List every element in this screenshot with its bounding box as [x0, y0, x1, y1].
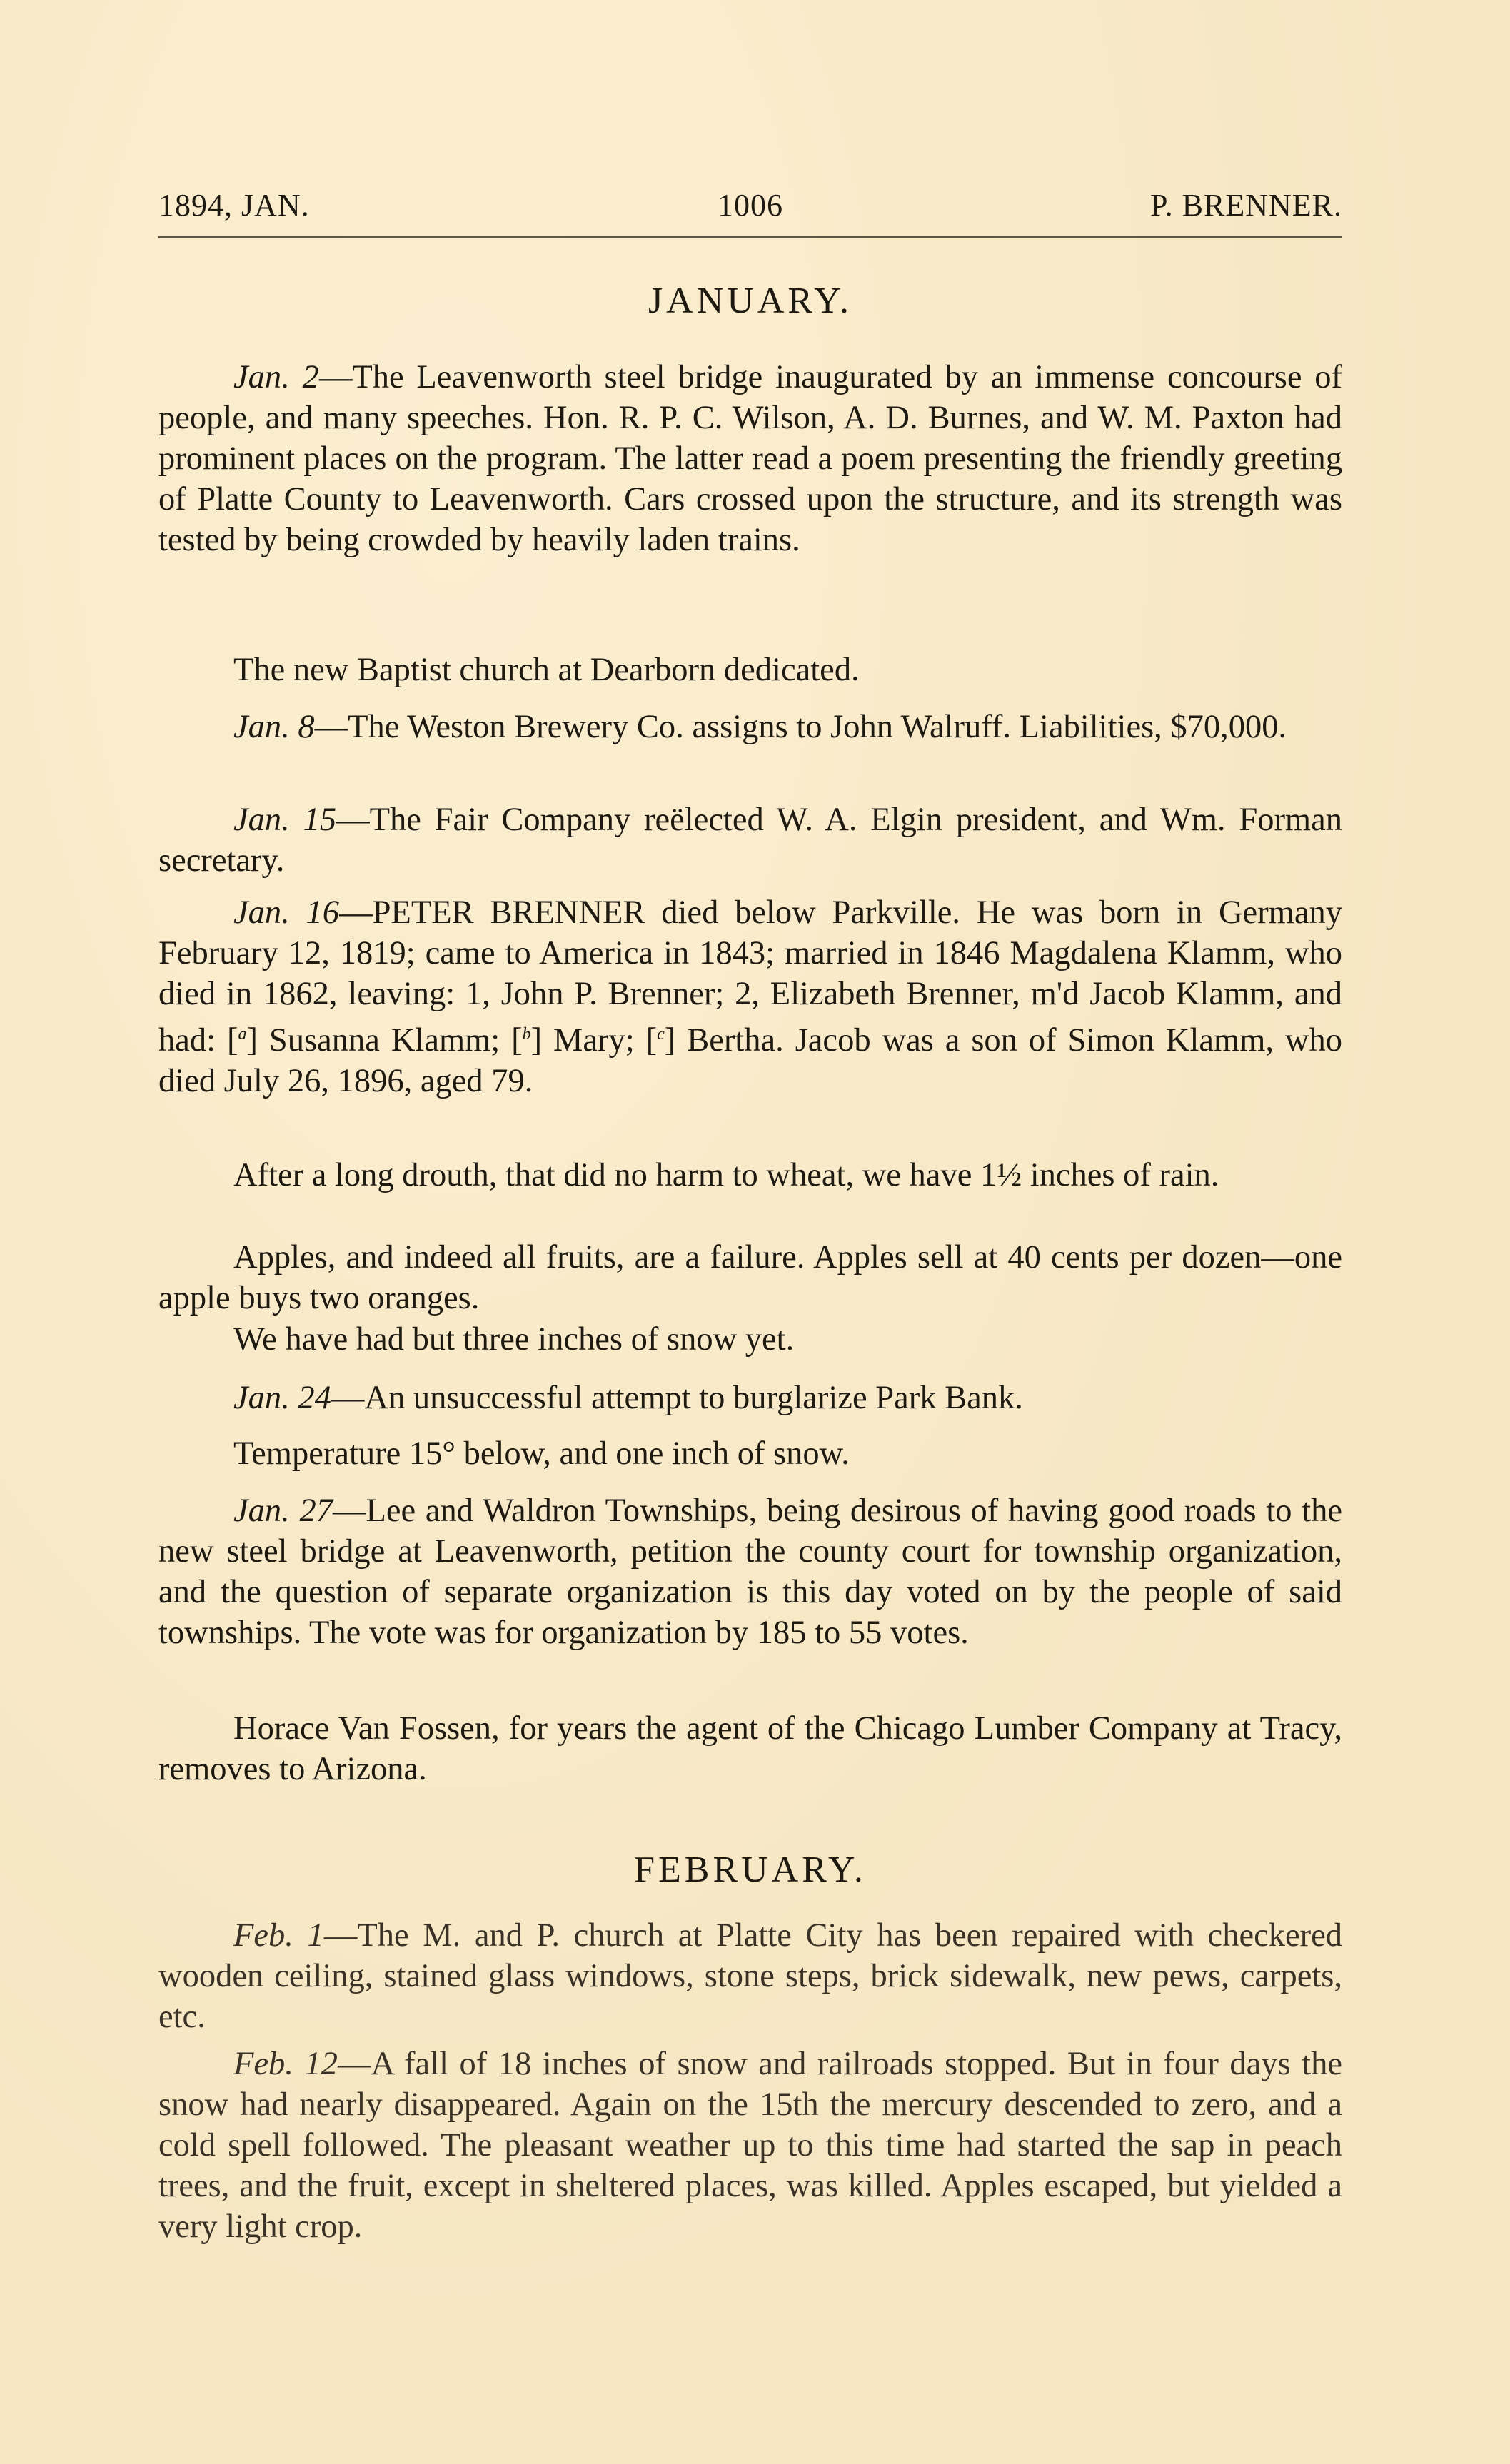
- running-head-author: P. BRENNER.: [1150, 187, 1342, 223]
- entry-jan-2: Jan. 2—The Leavenworth steel bridge inau…: [158, 357, 1342, 560]
- entry-jan-8: Jan. 8—The Weston Brewery Co. assigns to…: [158, 707, 1342, 747]
- entry-text: —The Leavenworth steel bridge inaugurate…: [158, 359, 1342, 558]
- entry-text: Temperature 15° below, and one inch of s…: [233, 1435, 850, 1472]
- entry-baptist-church: The new Baptist church at Dearborn dedic…: [158, 650, 1342, 690]
- entry-text: —Lee and Waldron Townships, being desiro…: [158, 1493, 1342, 1651]
- entry-date: Feb. 1: [233, 1917, 324, 1954]
- entry-text: ] Susanna Klamm; [: [246, 1022, 522, 1059]
- footnote-marker: a: [238, 1025, 246, 1044]
- month-heading-january: JANUARY.: [158, 280, 1342, 322]
- entry-jan-15: Jan. 15—The Fair Company reëlected W. A.…: [158, 799, 1342, 881]
- entry-temperature: Temperature 15° below, and one inch of s…: [158, 1433, 1342, 1474]
- entry-text: ] Mary; [: [531, 1022, 657, 1059]
- entry-text: —The Fair Company reëlected W. A. Elgin …: [158, 802, 1342, 879]
- entry-feb-1: Feb. 1—The M. and P. church at Platte Ci…: [158, 1915, 1342, 2037]
- entry-date: Feb. 12: [233, 2046, 338, 2082]
- entry-date: Jan. 2: [233, 359, 319, 395]
- entry-drouth: After a long drouth, that did no harm to…: [158, 1155, 1342, 1196]
- header-rule: [158, 236, 1342, 238]
- entry-van-fossen: Horace Van Fossen, for years the agent o…: [158, 1708, 1342, 1789]
- entry-date: Jan. 8: [233, 709, 315, 745]
- entry-text: —An unsuccessful attempt to burglarize P…: [331, 1380, 1023, 1416]
- entry-apples: Apples, and indeed all fruits, are a fai…: [158, 1237, 1342, 1318]
- entry-text: —The M. and P. church at Platte City has…: [158, 1917, 1342, 2035]
- month-heading-february: FEBRUARY.: [158, 1849, 1342, 1891]
- footnote-marker: c: [657, 1025, 665, 1044]
- entry-text: Apples, and indeed all fruits, are a fai…: [158, 1239, 1342, 1316]
- entry-date: Jan. 16: [233, 894, 339, 931]
- entry-date: Jan. 24: [233, 1380, 331, 1416]
- footnote-marker: b: [523, 1025, 531, 1044]
- entry-date: Jan. 27: [233, 1493, 333, 1529]
- entry-feb-12: Feb. 12—A fall of 18 inches of snow and …: [158, 2044, 1342, 2247]
- entry-date: Jan. 15: [233, 802, 336, 838]
- entry-jan-27: Jan. 27—Lee and Waldron Townships, being…: [158, 1490, 1342, 1653]
- entry-jan-24: Jan. 24—An unsuccessful attempt to burgl…: [158, 1378, 1342, 1418]
- entry-snow: We have had but three inches of snow yet…: [158, 1319, 1342, 1360]
- entry-jan-16: Jan. 16—PETER BRENNER died below Parkvil…: [158, 892, 1342, 1101]
- entry-text: —The Weston Brewery Co. assigns to John …: [315, 709, 1287, 745]
- entry-text: After a long drouth, that did no harm to…: [233, 1157, 1219, 1193]
- entry-text: Horace Van Fossen, for years the agent o…: [158, 1710, 1342, 1787]
- entry-text: The new Baptist church at Dearborn dedic…: [233, 652, 860, 688]
- running-head: 1894, JAN. 1006 P. BRENNER.: [158, 187, 1342, 230]
- entry-text: We have had but three inches of snow yet…: [233, 1321, 794, 1358]
